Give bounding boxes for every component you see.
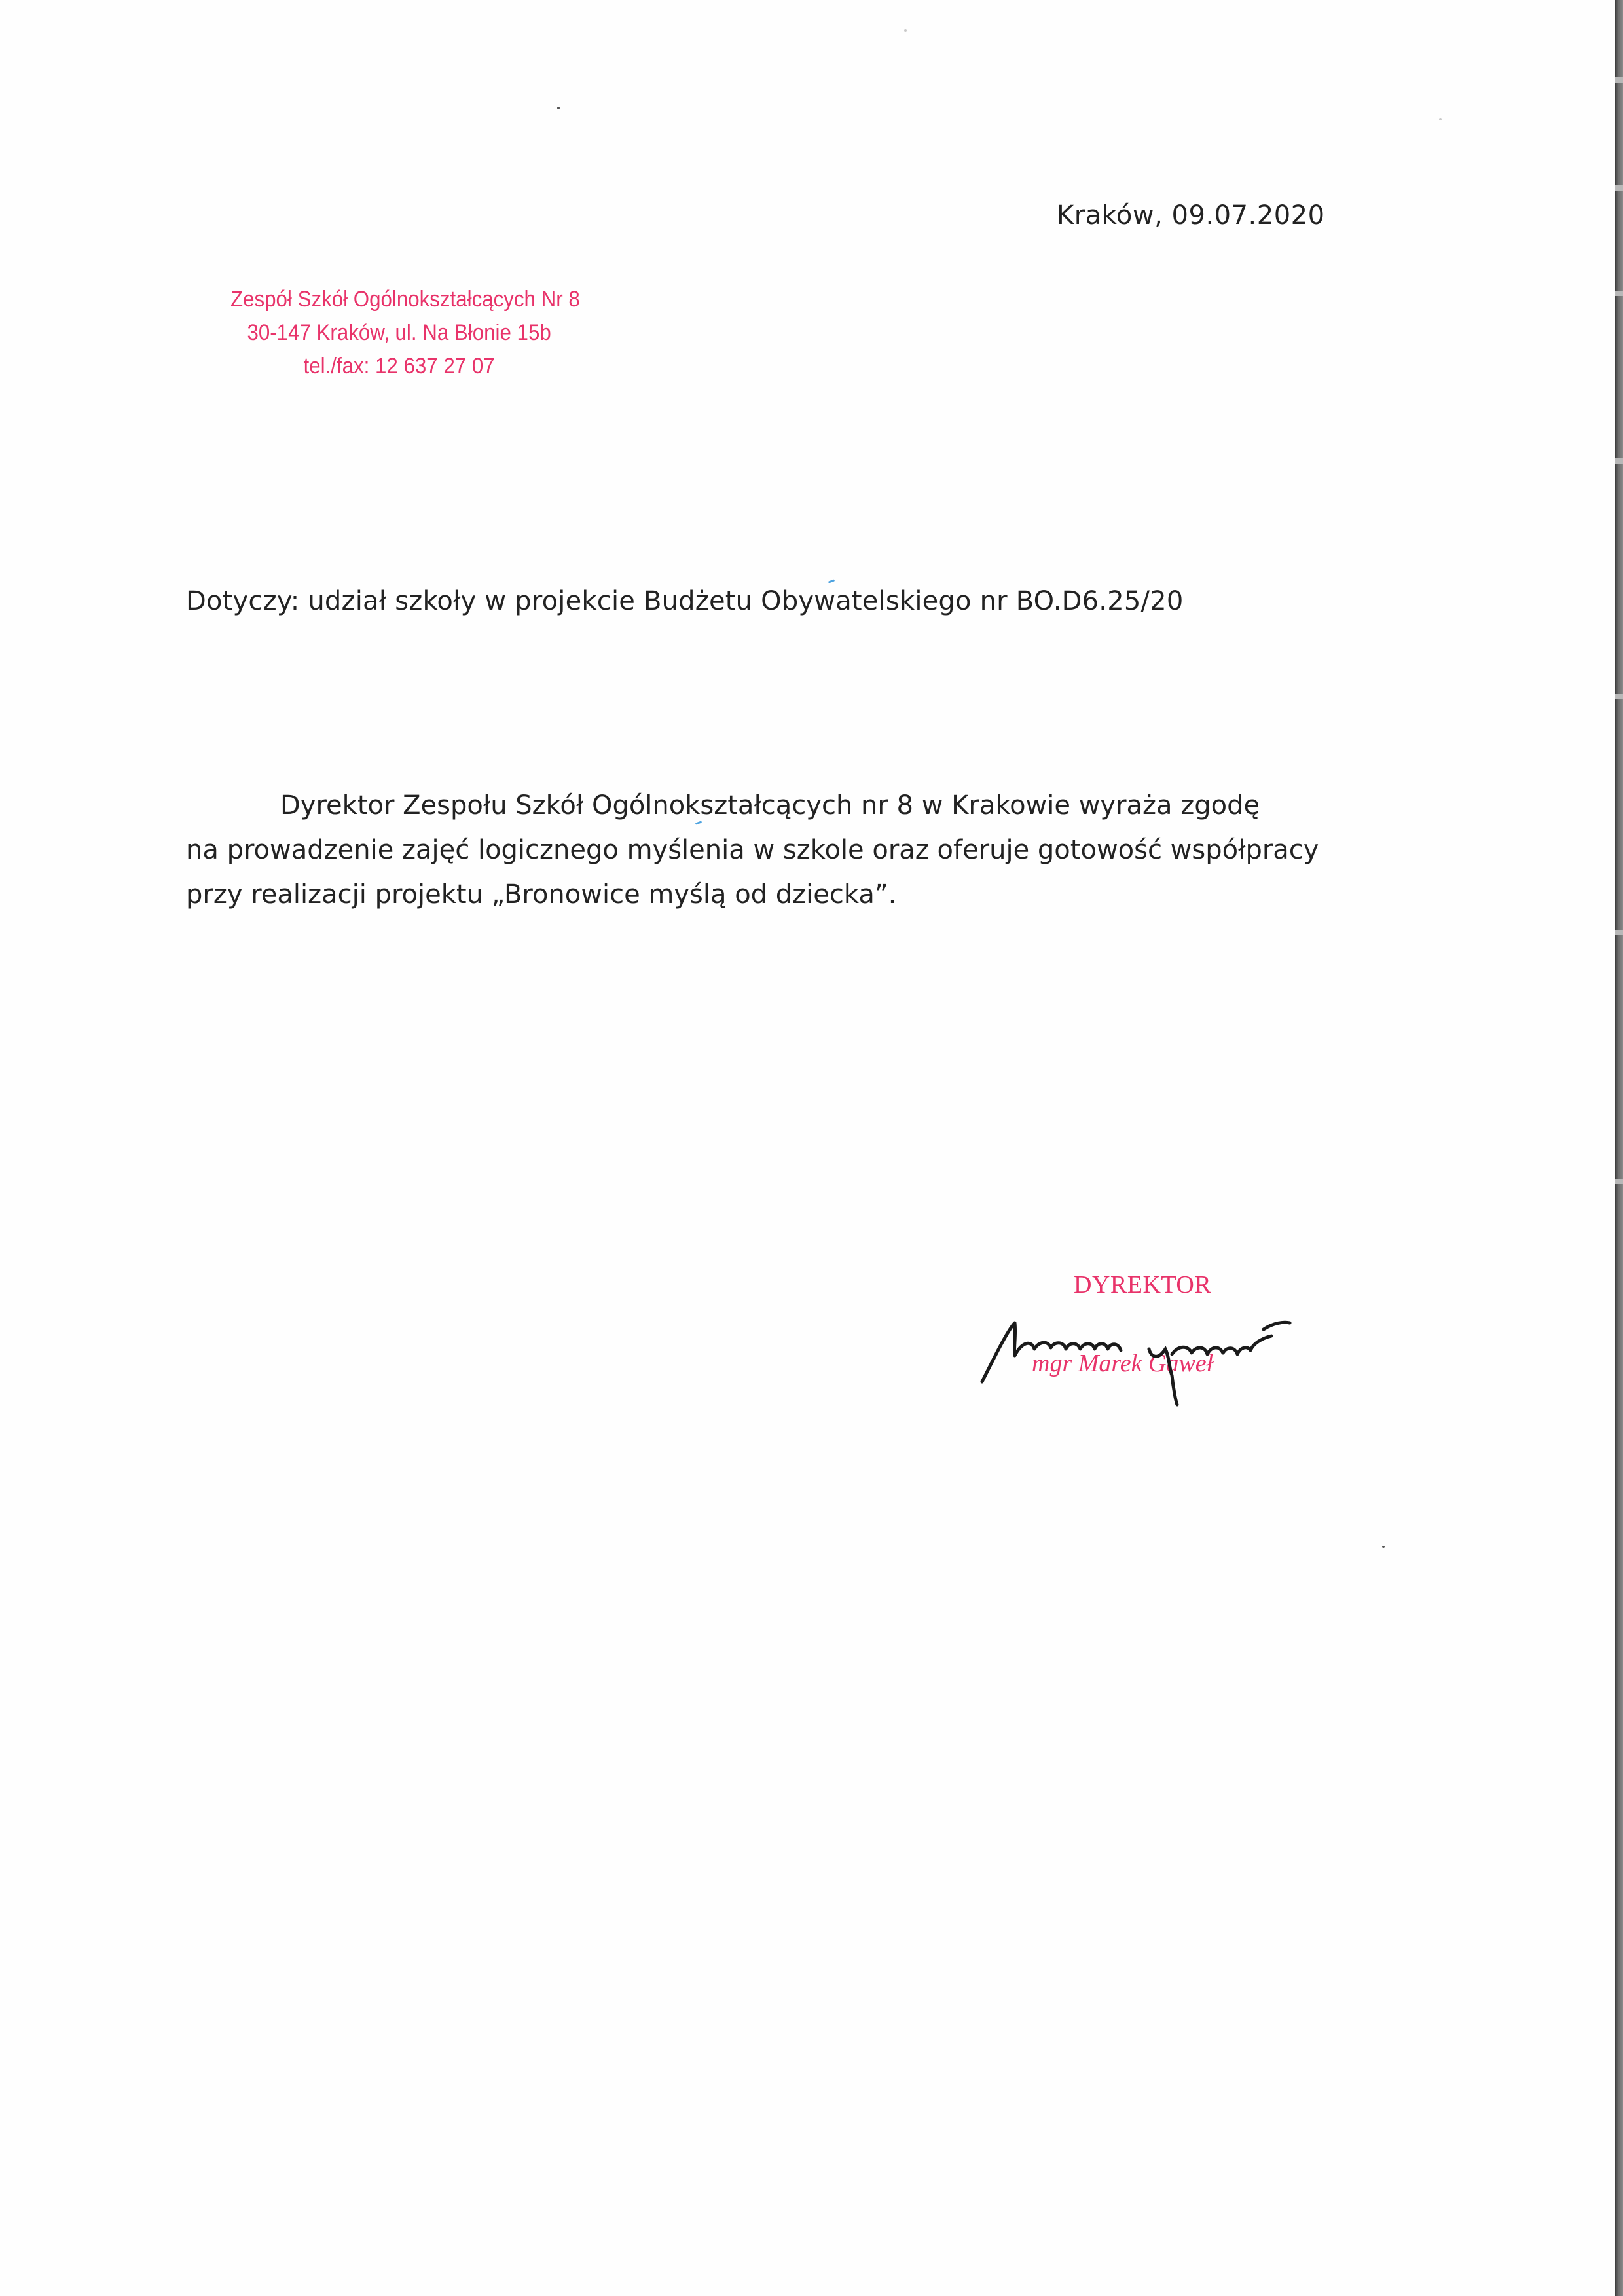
stamp-line-school-name: Zespół Szkół Ogólnokształcących Nr 8: [230, 283, 568, 316]
scan-speck: [557, 107, 560, 109]
scanner-edge-notch: [1615, 930, 1623, 935]
scan-speck: [1382, 1546, 1385, 1548]
handwritten-signature-icon: [976, 1303, 1381, 1408]
body-line: na prowadzenie zajęć logicznego myślenia…: [186, 828, 1338, 872]
scanner-edge-notch: [1615, 458, 1623, 464]
scan-speck: [1439, 118, 1442, 120]
scanner-edge-notch: [1615, 77, 1623, 83]
scanner-edge-notch: [1615, 1179, 1623, 1184]
body-line: Dyrektor Zespołu Szkół Ogólnokształcącyc…: [186, 783, 1338, 828]
letter-body: Dyrektor Zespołu Szkół Ogólnokształcącyc…: [186, 783, 1338, 917]
body-line: przy realizacji projektu „Bronowice myśl…: [186, 872, 1338, 917]
scanned-letter-page: Kraków, 09.07.2020 Zespół Szkół Ogólnoks…: [0, 0, 1623, 2296]
signature-block: DYREKTOR mgr Marek Gaweł: [976, 1270, 1381, 1401]
place-and-date: Kraków, 09.07.2020: [1057, 200, 1325, 231]
pen-mark: [828, 579, 835, 583]
scan-speck: [904, 29, 907, 32]
subject-line: Dotyczy: udział szkoły w projekcie Budże…: [186, 586, 1183, 616]
scanner-edge-notch: [1615, 185, 1623, 191]
school-stamp: Zespół Szkół Ogólnokształcących Nr 8 30-…: [230, 283, 568, 383]
scanner-edge: [1615, 0, 1623, 2296]
scanner-edge-notch: [1615, 291, 1623, 296]
stamp-line-phone: tel./fax: 12 637 27 07: [230, 350, 568, 383]
signature-title-stamp: DYREKTOR: [1074, 1270, 1211, 1299]
stamp-line-address: 30-147 Kraków, ul. Na Błonie 15b: [230, 316, 568, 350]
scanner-edge-notch: [1615, 694, 1623, 699]
